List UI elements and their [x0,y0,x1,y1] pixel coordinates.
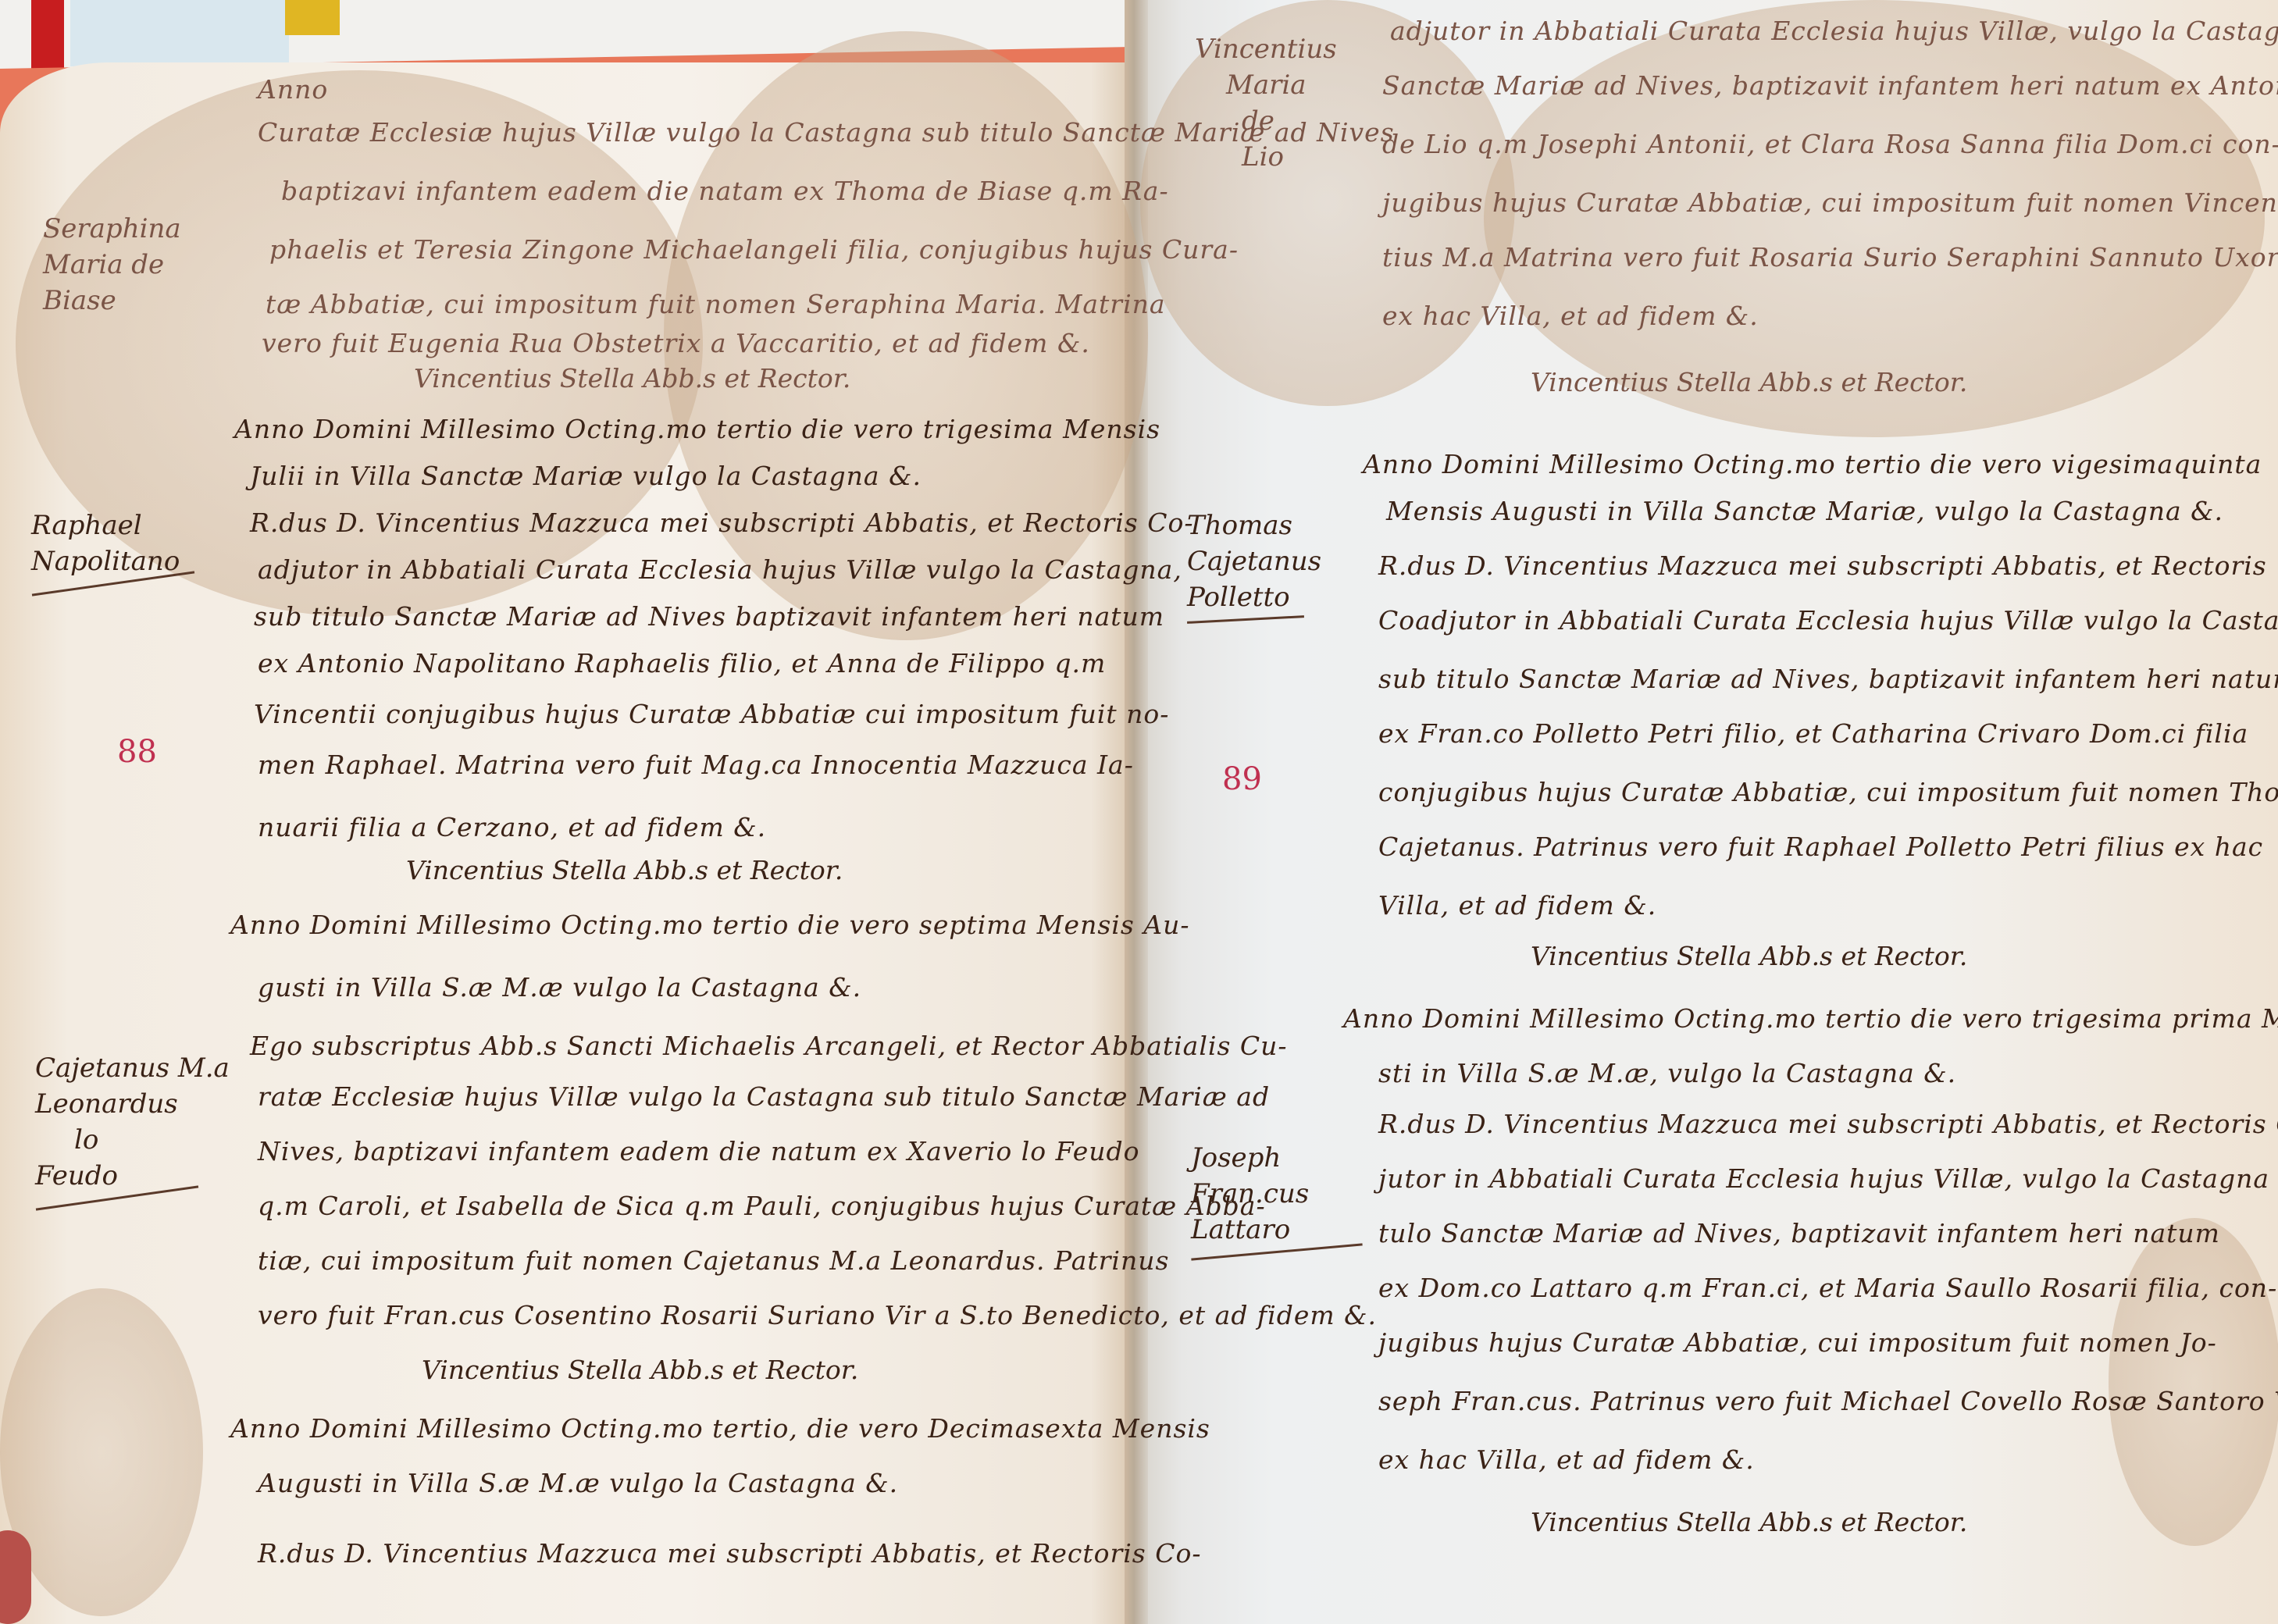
entry-line: Ego subscriptus Abb.s Sancti Michaelis A… [250,1031,1288,1061]
margin-name-seraphina: Seraphina Maria de Biase [43,211,181,319]
entry-line: Anno Domini Millesimo Octing.mo tertio, … [230,1413,1210,1444]
entry-line: ex Fran.co Polletto Petri filio, et Cath… [1378,718,2248,749]
margin-name-line: Thomas [1187,510,1292,541]
rector-signature: Vincentius Stella Abb.s et Rector. [1531,1507,1967,1537]
rector-signature: Vincentius Stella Abb.s et Rector. [414,363,850,394]
entry-line: Anno [258,74,328,105]
margin-name-line: de [1195,105,1274,137]
entry-line: Augusti in Villa S.æ M.æ vulgo la Castag… [258,1468,898,1498]
margin-name-line: Seraphina [43,213,181,244]
entry-line: conjugibus hujus Curatæ Abbatiæ, cui imp… [1378,777,2278,807]
entry-line: gusti in Villa S.æ M.æ vulgo la Castagna… [258,972,861,1003]
entry-line: ex Dom.co Lattaro q.m Fran.ci, et Maria … [1378,1273,2277,1303]
margin-name-line: Fran.cus [1191,1178,1309,1209]
margin-name-line: Raphael [31,510,142,541]
folio-number-88: 88 [117,734,157,770]
entry-line: tæ Abbatiæ, cui impositum fuit nomen Ser… [266,289,1166,319]
entry-line: Anno Domini Millesimo Octing.mo tertio d… [1363,449,2262,479]
entry-line: tiæ, cui impositum fuit nomen Cajetanus … [258,1245,1169,1276]
entry-line: sub titulo Sanctæ Mariæ ad Nives baptiza… [254,601,1164,632]
entry-line: men Raphael. Matrina vero fuit Mag.ca In… [258,750,1134,780]
margin-name-line: Maria de [43,249,164,280]
margin-name-line: Maria [1195,69,1306,101]
entry-line: Cajetanus. Patrinus vero fuit Raphael Po… [1378,832,2263,862]
margin-name-line: Biase [43,285,116,316]
entry-line: ex hac Villa, et ad fidem &. [1382,301,1759,331]
entry-line: Vincentii conjugibus hujus Curatæ Abbati… [254,699,1169,729]
margin-name-cajetanus: Cajetanus M.a Leonardus lo Feudo [35,1050,230,1199]
entry-line: Coadjutor in Abbatiali Curata Ecclesia h… [1378,605,2278,636]
entry-line: Mensis Augusti in Villa Sanctæ Mariæ, vu… [1386,496,2223,526]
margin-name-line: Joseph [1191,1142,1281,1173]
margin-name-line: Lio [1195,141,1284,173]
red-ribbon-bookmark [31,0,64,69]
entry-line: R.dus D. Vincentius Mazzuca mei subscrip… [1378,1109,2278,1139]
yellow-tag [285,0,340,35]
entry-line: adjutor in Abbatiali Curata Ecclesia huj… [258,554,1182,585]
rector-signature: Vincentius Stella Abb.s et Rector. [422,1355,858,1385]
entry-line: sub titulo Sanctæ Mariæ ad Nives, baptiz… [1378,664,2278,694]
background-card [70,0,289,66]
entry-line: Nives, baptizavi infantem eadem die natu… [258,1136,1140,1166]
entry-line: ex hac Villa, et ad fidem &. [1378,1444,1755,1475]
entry-line: jutor in Abbatiali Curata Ecclesia hujus… [1378,1163,2278,1194]
margin-name-thomas: Thomas Cajetanus Polletto [1187,507,1321,621]
entry-line: Villa, et ad fidem &. [1378,890,1656,921]
entry-line: adjutor in Abbatiali Curata Ecclesia huj… [1390,16,2278,46]
entry-line: R.dus D. Vincentius Mazzuca mei subscrip… [1378,550,2267,581]
entry-line: Sanctæ Mariæ ad Nives, baptizavit infant… [1382,70,2278,101]
entry-line: ratæ Ecclesiæ hujus Villæ vulgo la Casta… [258,1081,1270,1112]
margin-name-line: Feudo [35,1160,118,1191]
entry-line: baptizavi infantem eadem die natam ex Th… [281,176,1169,206]
margin-name-vincentius: Vincentius Maria de Lio [1195,31,1337,175]
entry-line: ex Antonio Napolitano Raphaelis filio, e… [258,648,1106,678]
entry-line: vero fuit Fran.cus Cosentino Rosarii Sur… [258,1300,1377,1330]
rector-signature: Vincentius Stella Abb.s et Rector. [1531,941,1967,971]
water-stain [2109,1218,2278,1546]
entry-line: jugibus hujus Curatæ Abbatiæ, cui imposi… [1378,1327,2217,1358]
folio-number-89: 89 [1222,761,1262,797]
entry-line: vero fuit Eugenia Rua Obstetrix a Vaccar… [262,328,1090,358]
margin-name-line: Napolitano [31,546,180,577]
entry-line: R.dus D. Vincentius Mazzuca mei subscrip… [250,507,1193,538]
entry-line: phaelis et Teresia Zingone Michaelangeli… [269,234,1239,265]
margin-name-joseph: Joseph Fran.cus Lattaro [1191,1140,1363,1253]
margin-name-line: Leonardus [35,1088,178,1120]
entry-line: Anno Domini Millesimo Octing.mo tertio d… [1343,1003,2278,1034]
finger [0,1530,31,1624]
margin-name-line: Vincentius [1195,34,1337,65]
margin-name-line: Polletto [1187,582,1290,613]
entry-line: Anno Domini Millesimo Octing.mo tertio d… [230,910,1189,940]
entry-line: jugibus hujus Curatæ Abbatiæ, cui imposi… [1382,187,2278,218]
margin-name-line: Cajetanus M.a [35,1052,230,1084]
rector-signature: Vincentius Stella Abb.s et Rector. [1531,367,1967,397]
entry-line: seph Fran.cus. Patrinus vero fuit Michae… [1378,1386,2278,1416]
entry-line: Anno Domini Millesimo Octing.mo tertio d… [234,414,1160,444]
margin-name-raphael: Raphael Napolitano [31,507,195,585]
entry-line: sti in Villa S.æ M.æ, vulgo la Castagna … [1378,1058,1956,1088]
rector-signature: Vincentius Stella Abb.s et Rector. [406,855,843,885]
margin-name-line: Cajetanus [1187,546,1321,577]
margin-name-line: Lattaro [1191,1214,1290,1245]
entry-line: nuarii filia a Cerzano, et ad fidem &. [258,812,766,842]
entry-line: tius M.a Matrina vero fuit Rosaria Surio… [1382,242,2278,272]
entry-line: Julii in Villa Sanctæ Mariæ vulgo la Cas… [250,461,922,491]
margin-name-line: lo [35,1124,98,1156]
entry-line: tulo Sanctæ Mariæ ad Nives, baptizavit i… [1378,1218,2220,1248]
entry-line: de Lio q.m Josephi Antonii, et Clara Ros… [1382,129,2278,159]
entry-line: R.dus D. Vincentius Mazzuca mei subscrip… [258,1538,1201,1569]
entry-line: q.m Caroli, et Isabella de Sica q.m Paul… [258,1191,1266,1221]
